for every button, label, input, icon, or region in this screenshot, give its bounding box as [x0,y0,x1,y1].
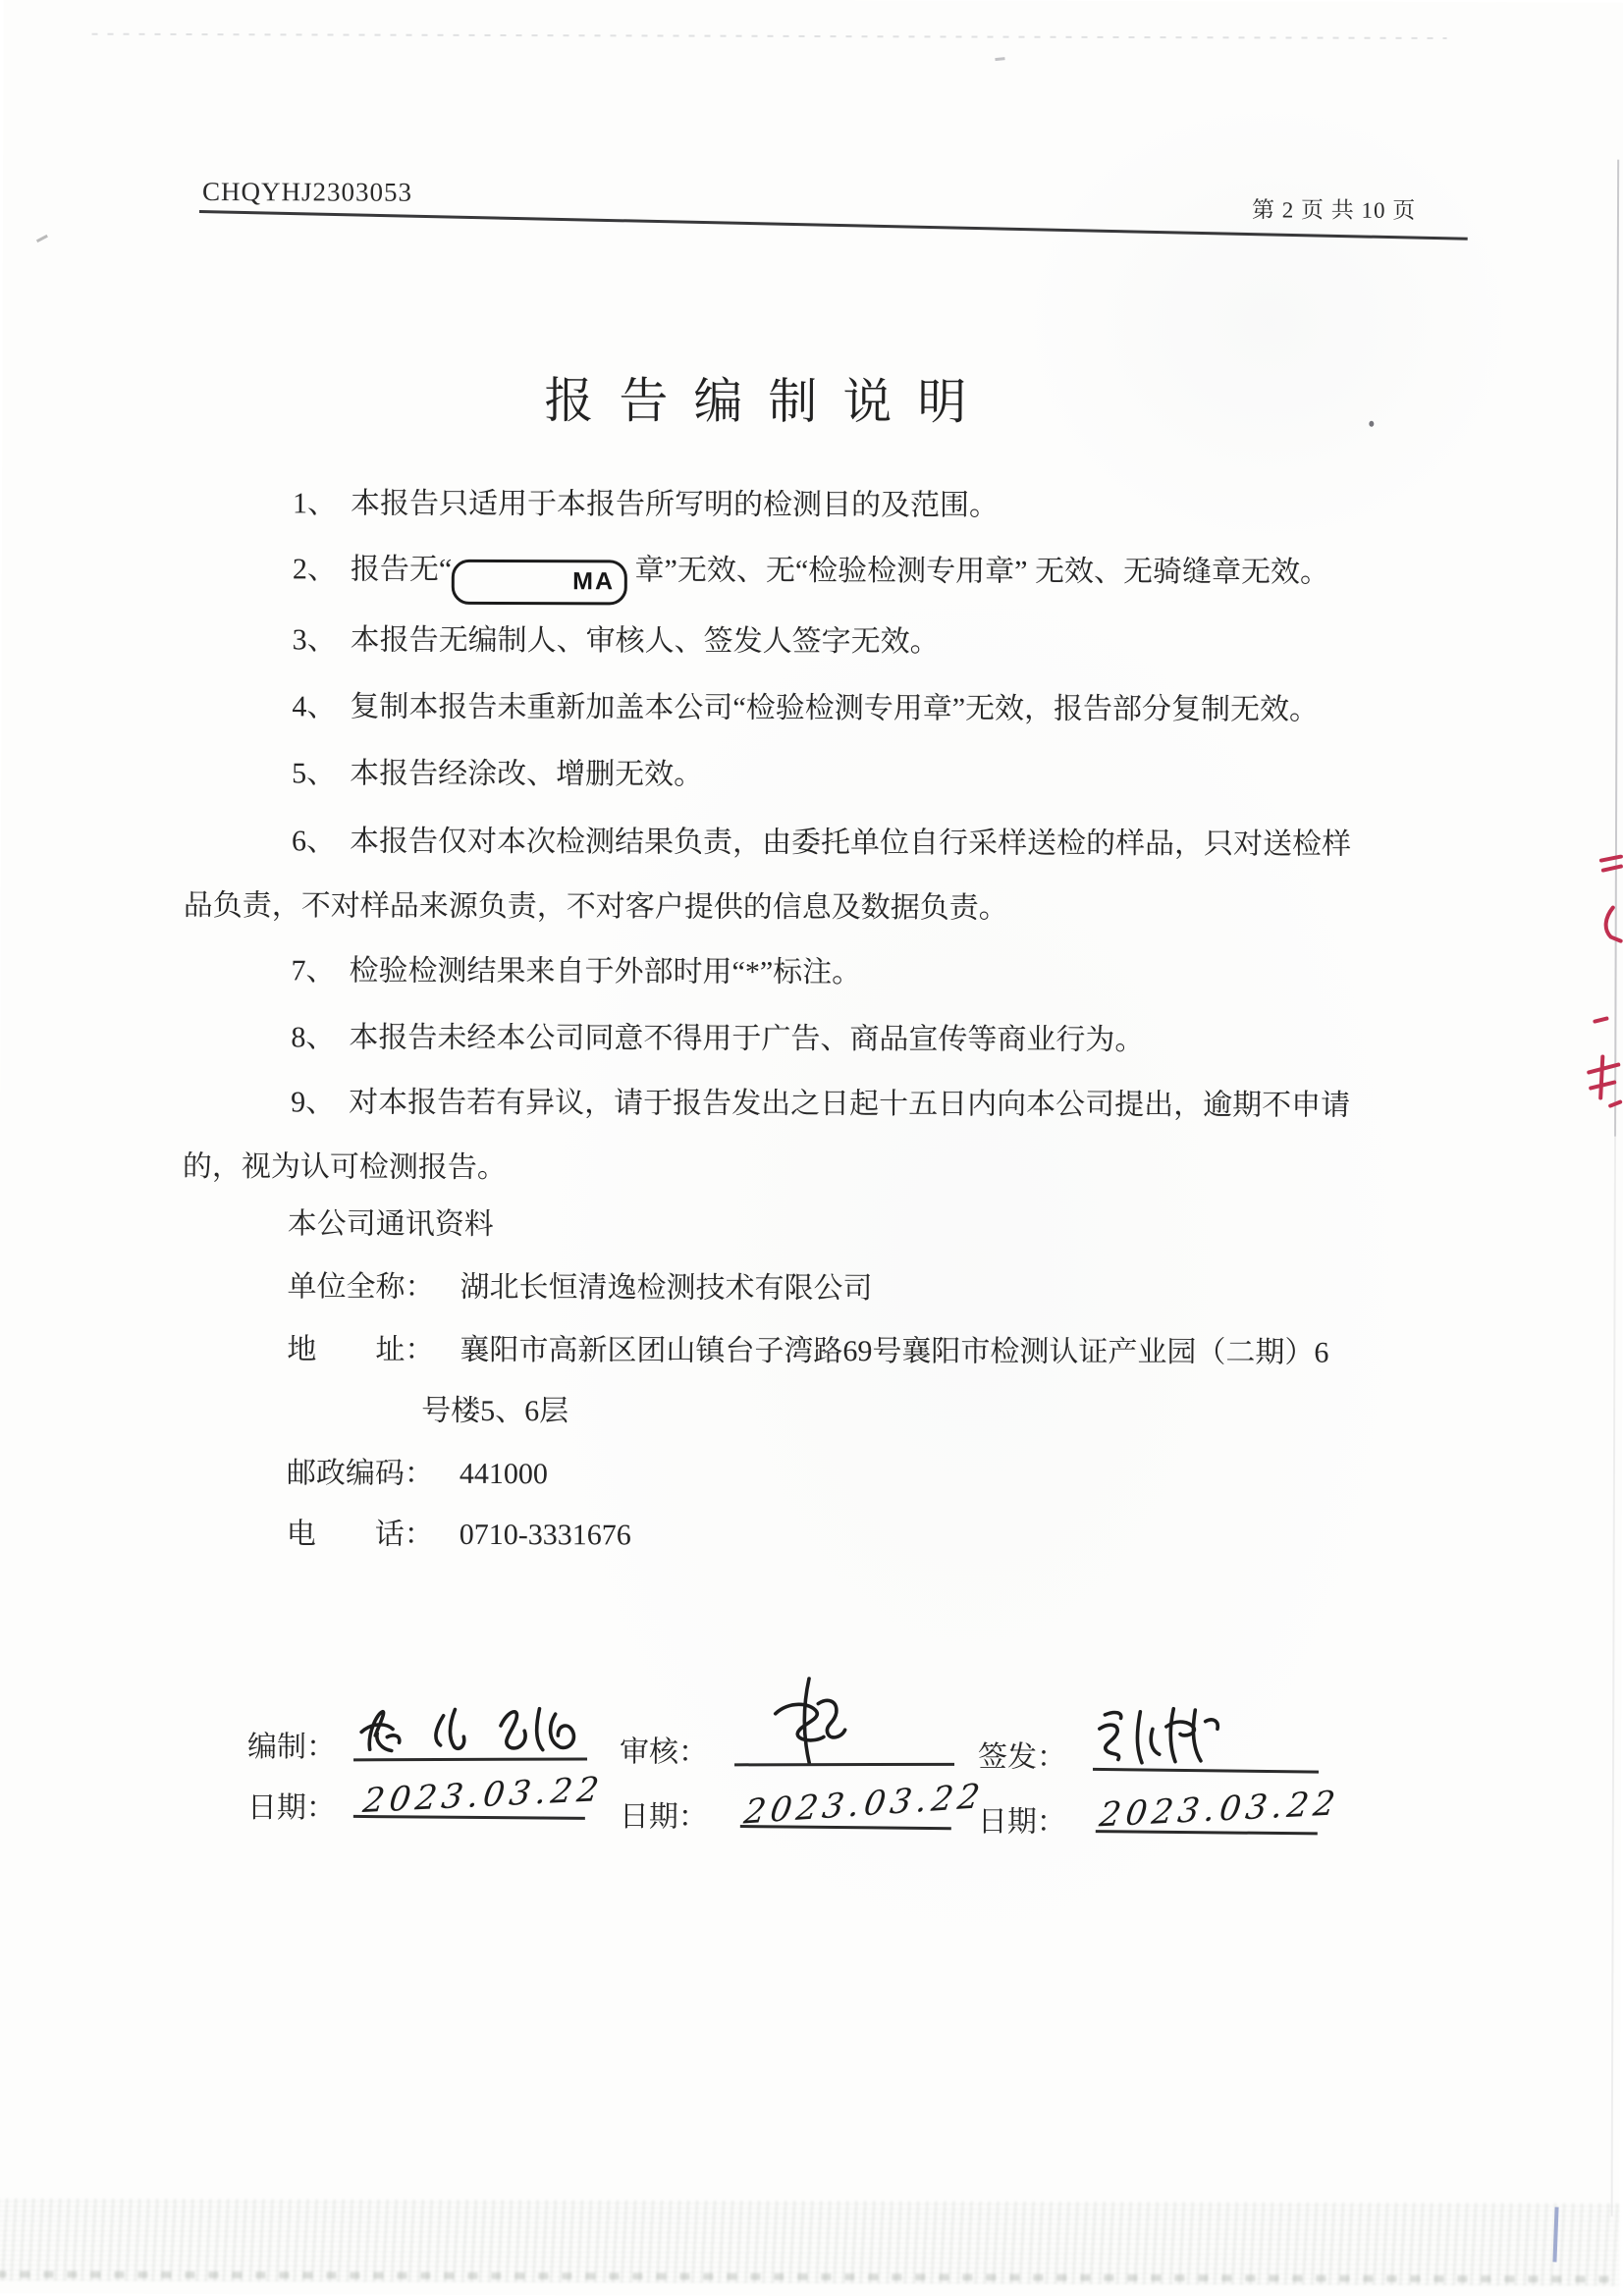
note-line: 品负责，不对样品来源负责，不对客户提供的信息及数据负责。 [184,874,1462,942]
address-row-continued: 号楼5、6层 [421,1379,568,1444]
note-number: 1、 [293,487,337,519]
phone-value: 0710-3331676 [460,1519,631,1552]
cma-stamp-icon: MA [452,560,627,606]
prepared-by-label: 编制： [247,1722,336,1765]
note-line-post: 章”无效、无“检验检测专用章” 无效、无骑缝章无效。 [635,554,1330,588]
contact-heading: 本公司通讯资料 [288,1192,494,1257]
scan-speck [36,235,48,242]
note-line: 本报告无编制人、审核人、签发人签字无效。 [351,624,940,659]
note-item-9: 9、对本报告若有异议，请于报告发出之日起十五日内向本公司提出，逾期不申请 的，视… [183,1070,1461,1203]
address-row: 地 址：襄阳市高新区团山镇台子湾路69号襄阳市检测认证产业园（二期）6 [287,1317,1328,1385]
note-line: 复制本报告未重新加盖本公司“检验检测专用章”无效，报告部分复制无效。 [350,691,1319,726]
note-item-7: 7、检验检测结果来自于外部时用“*”标注。 [183,938,1461,1007]
note-line: 检验检测结果来自于外部时用“*”标注。 [350,955,862,989]
note-item-6: 6、本报告仅对本次检测结果负责，由委托单位自行采样送检的样品，只对送检样 品负责… [184,809,1462,942]
note-item-5: 5、本报告经涂改、增删无效。 [184,741,1462,810]
issued-signature-line [1093,1768,1319,1774]
address-value-line2: 号楼5、6层 [421,1395,568,1427]
phone-label: 电 话： [287,1518,434,1550]
phone-row: 电 话：0710-3331676 [287,1502,631,1568]
note-item-1: 1、本报告只适用于本报告所写明的检测目的及范围。 [185,471,1463,540]
reviewed-by-signature [752,1672,870,1771]
issued-date-value: 2023.03.22 [1097,1784,1341,1835]
reviewed-date-value: 2023.03.22 [741,1777,987,1833]
prepared-by-signature [352,1697,590,1764]
company-name-value: 湖北长恒清逸检测技术有限公司 [460,1271,873,1305]
company-name-label: 单位全称： [288,1270,435,1303]
page-indicator: 第 2 页 共 10 页 [1252,197,1416,224]
report-number: CHQYHJ2303053 [202,177,412,207]
note-line: 本报告经涂改、增删无效。 [350,758,703,791]
issued-date-label: 日期： [978,1797,1066,1841]
note-line-pre: 报告无“ [351,554,452,586]
note-line: 本报告未经本公司同意不得用于广告、商品宣传等商业行为。 [349,1022,1144,1057]
scan-edge-line-faint [1611,1137,1616,2216]
note-number: 2、 [293,553,337,585]
postcode-value: 441000 [460,1458,548,1490]
postcode-label: 邮政编码： [287,1457,434,1489]
scanned-report-page: CHQYHJ2303053 第 2 页 共 10 页 报告编制说明 1、本报告只… [0,0,1623,2296]
note-item-4: 4、复制本报告未重新加盖本公司“检验检测专用章”无效，报告部分复制无效。 [184,674,1462,743]
note-number: 6、 [292,825,336,857]
red-pen-annotation-marks [1583,854,1623,1139]
note-line: 本报告仅对本次检测结果负责，由委托单位自行采样送检的样品，只对送检样 [350,826,1351,861]
note-number: 3、 [293,623,337,656]
note-line: 对本报告若有异议，请于报告发出之日起十五日内向本公司提出，逾期不申请 [349,1087,1350,1122]
scan-noise-line [92,33,1447,39]
address-label: 地 址： [287,1333,434,1365]
reviewed-date-label: 日期： [620,1791,708,1835]
reviewed-signature-line [734,1763,954,1766]
address-value-line1: 襄阳市高新区团山镇台子湾路69号襄阳市检测认证产业园（二期）6 [460,1334,1328,1369]
postcode-row: 邮政编码：441000 [287,1441,548,1507]
note-number: 7、 [292,954,336,987]
note-line: 本报告只适用于本报告所写明的检测目的及范围。 [351,488,999,522]
prepared-date-label: 日期： [247,1783,336,1826]
issued-date-line [1096,1830,1318,1835]
note-item-3: 3、本报告无编制人、审核人、签发人签字无效。 [185,608,1463,676]
page-title: 报告编制说明 [544,373,992,429]
note-item-2: 2、报告无“MA 章”无效、无“检验检测专用章” 无效、无骑缝章无效。 [185,537,1463,608]
note-item-8: 8、本报告未经本公司同意不得用于广告、商品宣传等商业行为。 [183,1005,1461,1074]
note-number: 5、 [292,757,336,789]
company-name-row: 单位全称：湖北长恒清逸检测技术有限公司 [287,1255,872,1321]
prepared-date-value: 2023.03.22 [361,1770,606,1821]
issued-by-label: 签发： [978,1733,1066,1776]
scan-speck [995,57,1004,61]
issued-by-signature [1089,1701,1233,1771]
reviewed-by-label: 审核： [620,1727,708,1770]
page-title-wrap: 报告编制说明 [2,368,1534,434]
note-number: 8、 [291,1021,335,1053]
note-number: 4、 [292,690,336,722]
prepared-signature-line [353,1757,587,1761]
note-number: 9、 [291,1086,335,1118]
